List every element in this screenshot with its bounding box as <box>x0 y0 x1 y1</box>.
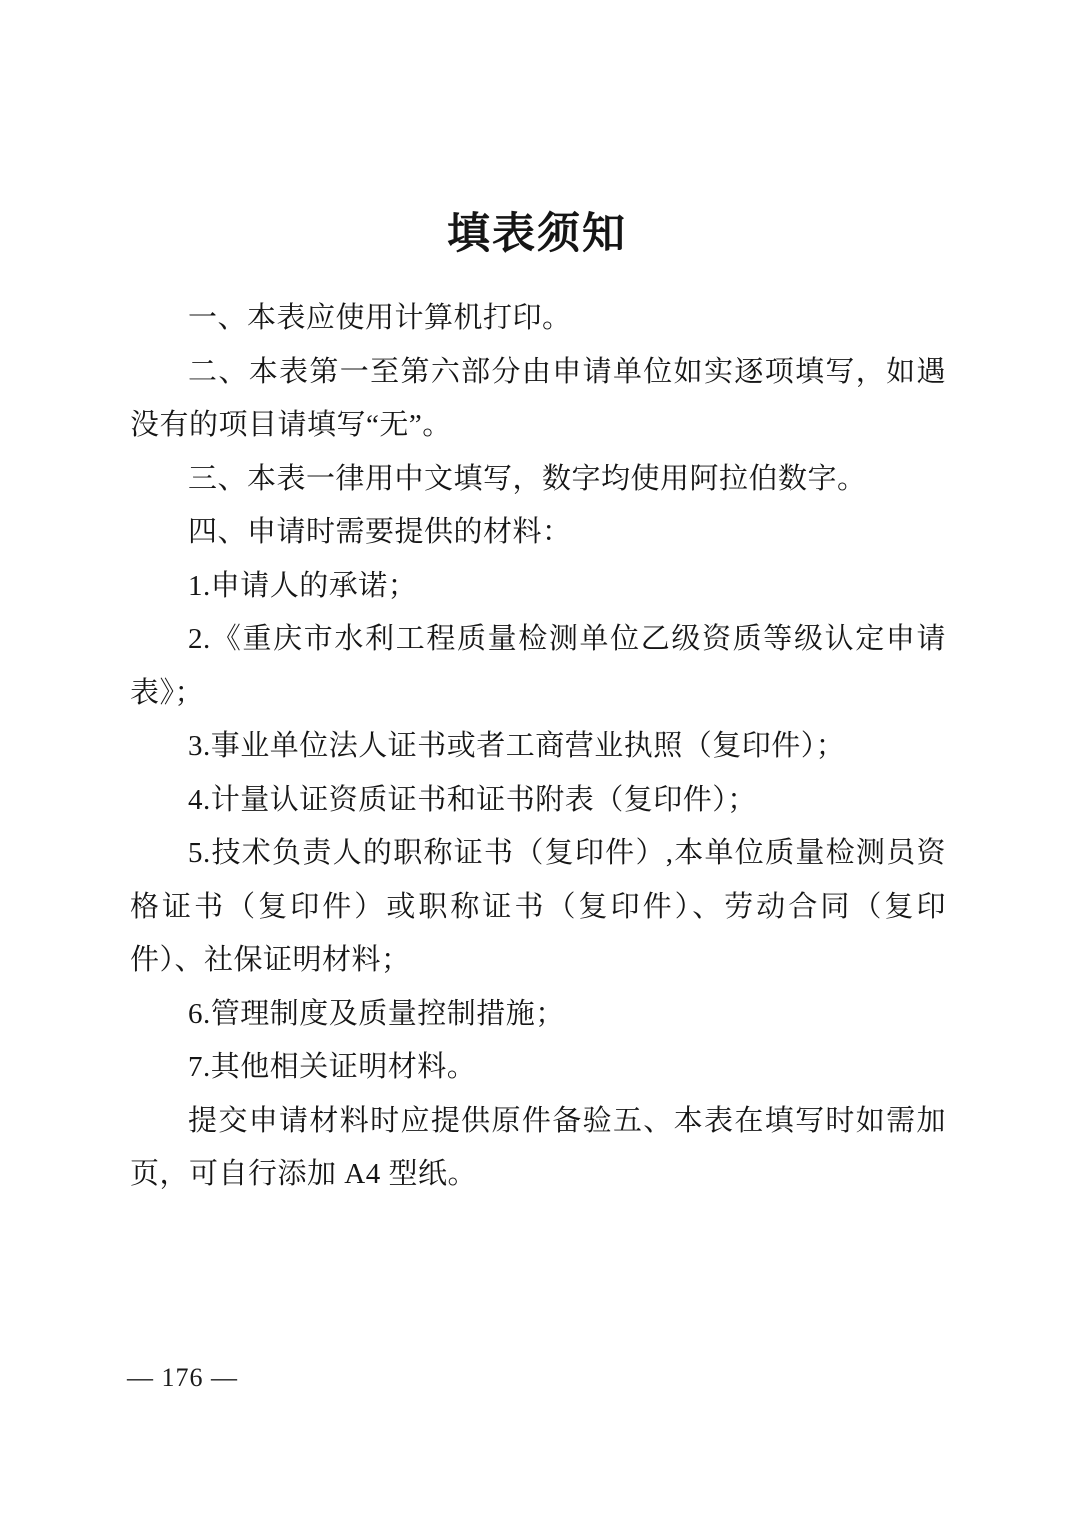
paragraph-material-3: 3.事业单位法人证书或者工商营业执照（复印件）； <box>130 720 946 774</box>
paragraph-material-5: 5.技术负责人的职称证书（复印件）,本单位质量检测员资格证书（复印件）或职称证书… <box>130 827 946 988</box>
paragraph-material-4: 4.计量认证资质证书和证书附表（复印件）； <box>130 774 946 828</box>
paragraph-material-7: 7.其他相关证明材料。 <box>130 1041 946 1095</box>
paragraph-instruction-4: 四、申请时需要提供的材料： <box>130 506 946 560</box>
paragraph-instruction-1: 一、本表应使用计算机打印。 <box>130 292 946 346</box>
paragraph-instruction-3: 三、本表一律用中文填写，数字均使用阿拉伯数字。 <box>130 453 946 507</box>
page-number: — 176 — <box>127 1363 238 1393</box>
paragraph-material-6: 6.管理制度及质量控制措施； <box>130 988 946 1042</box>
paragraph-material-1: 1.申请人的承诺； <box>130 560 946 614</box>
paragraph-closing: 提交申请材料时应提供原件备验五、本表在填写时如需加页，可自行添加 A4 型纸。 <box>130 1095 946 1202</box>
paragraph-material-2: 2.《重庆市水利工程质量检测单位乙级资质等级认定申请表》； <box>130 613 946 720</box>
document-body: 一、本表应使用计算机打印。 二、本表第一至第六部分由申请单位如实逐项填写，如遇没… <box>130 292 946 1202</box>
document-title: 填表须知 <box>0 209 1074 261</box>
document-page: 填表须知 一、本表应使用计算机打印。 二、本表第一至第六部分由申请单位如实逐项填… <box>0 0 1074 1520</box>
paragraph-instruction-2: 二、本表第一至第六部分由申请单位如实逐项填写，如遇没有的项目请填写“无”。 <box>130 346 946 453</box>
